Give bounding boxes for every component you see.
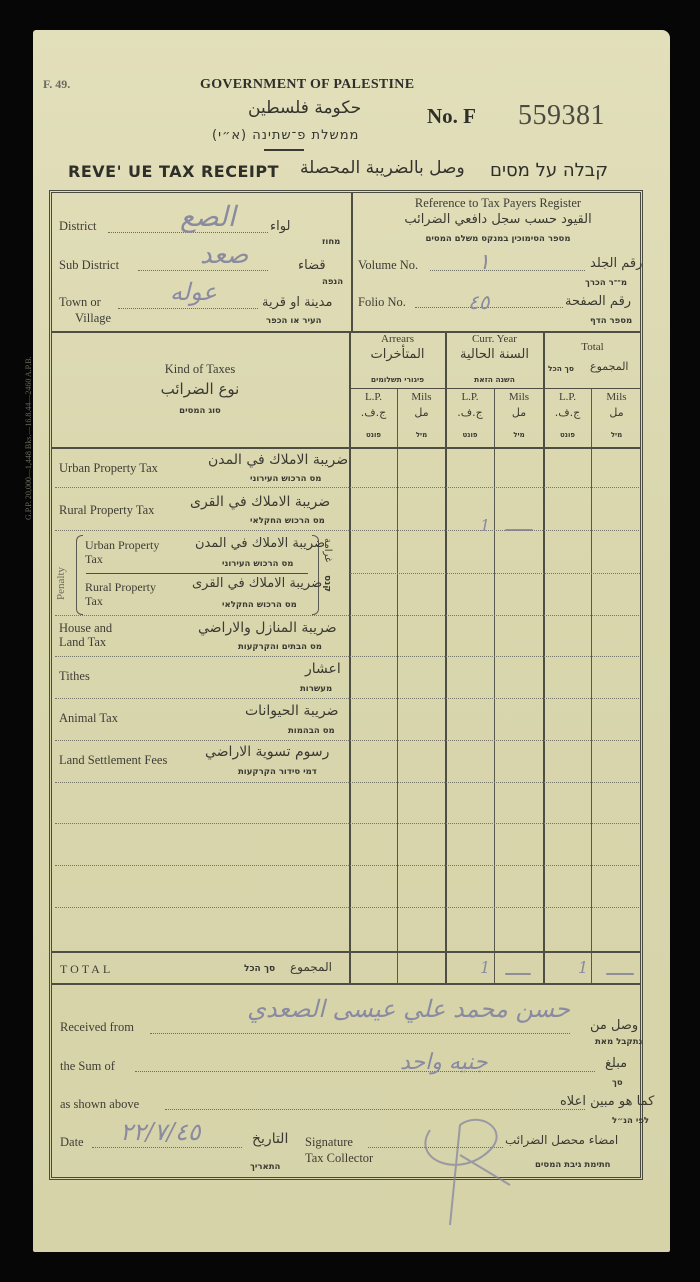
town-value[interactable]: عوله: [170, 278, 217, 306]
form-number: F. 49.: [43, 77, 70, 92]
receipt-number-label: No. F: [427, 104, 476, 129]
divider: [350, 388, 641, 389]
penalty-urban-label: Urban Property Tax: [85, 538, 175, 566]
sum-of-dotline: [135, 1071, 595, 1072]
government-title-en: GOVERNMENT OF PALESTINE: [200, 77, 414, 93]
underline: [264, 149, 304, 151]
government-title-ar: حكومة فلسطين: [248, 98, 361, 118]
total-header-ar: المجموع: [590, 360, 628, 373]
as-shown-above-label-ar: كما هو مبين اعلاه: [560, 1094, 654, 1109]
animal-tax-label-he: מס הבהמות: [288, 726, 335, 736]
curr-year-header-ar: السنة الحالية: [446, 347, 543, 362]
house-land-tax-label-ar: ضريبة المنازل والاراضي: [198, 620, 337, 636]
kind-of-taxes-header: Kind of Taxes: [51, 362, 349, 377]
as-shown-above-label-he: לפי הנ״ל: [612, 1116, 649, 1126]
sum-of-label: the Sum of: [60, 1059, 115, 1074]
curr-mils-header-ar: مل: [495, 406, 543, 419]
register-title-he: מספר הסימוכין במנקס משלם המסים: [353, 234, 643, 244]
rural-property-tax-label-he: מס הרכוש החקלאי: [250, 516, 325, 526]
total-header: Total: [544, 341, 641, 353]
volume-label-he: מ־־ר הכרך: [585, 278, 627, 288]
received-from-label-he: נתקבל מאת: [595, 1037, 642, 1047]
curr-lp-header-ar: ج.ف.: [446, 406, 494, 419]
divider: [51, 447, 641, 449]
curr-year-header-he: השנה הזאת: [446, 375, 543, 384]
total-mils-header-he: מיל: [592, 431, 641, 439]
row-separator: [55, 698, 639, 699]
as-shown-above-label: as shown above: [60, 1097, 139, 1112]
date-dotline: [92, 1147, 242, 1148]
district-label: District: [59, 219, 97, 234]
sub-district-label-ar: قضاء: [298, 258, 326, 273]
rural-curr-mils-value[interactable]: [505, 529, 533, 531]
row-separator: [55, 865, 639, 866]
rural-property-tax-label-ar: ضريبة الاملاك في القرى: [190, 494, 330, 510]
volume-dotline: [430, 270, 585, 271]
date-label-he: התאריך: [250, 1162, 280, 1172]
total-total-lp-value[interactable]: 1: [578, 958, 588, 977]
column-divider: [349, 331, 351, 983]
arrears-lp-header-ar: ج.ف.: [350, 406, 397, 419]
penalty-rural-label-he: מס הרכוש החקלאי: [222, 600, 297, 610]
tithes-label-ar: اعشار: [305, 661, 341, 677]
sum-of-label-he: סך: [612, 1078, 623, 1088]
volume-label-ar: رقم الجلد: [590, 256, 642, 271]
row-separator: [55, 740, 639, 741]
receipt-title-he: קבלה על מסים: [490, 160, 608, 181]
row-separator: [55, 530, 639, 531]
town-label: Town or: [59, 295, 101, 310]
date-value[interactable]: ٢٢/٧/٤٥: [120, 1118, 201, 1146]
total-divider: [51, 951, 641, 953]
curr-mils-header-he: מיל: [495, 431, 543, 439]
total-label: TOTAL: [60, 962, 113, 977]
kind-of-taxes-header-ar: نوع الضرائب: [51, 380, 349, 398]
rural-curr-lp-value[interactable]: 1: [480, 516, 490, 535]
column-divider: [543, 331, 545, 983]
penalty-urban-label-ar: ضريبة الاملاك في المدن: [195, 536, 325, 551]
urban-property-tax-label: Urban Property Tax: [59, 461, 158, 476]
town-dotline: [118, 308, 258, 309]
penalty-separator: [86, 573, 308, 574]
sub-district-label-he: הנפה: [322, 277, 343, 287]
row-separator: [55, 907, 639, 908]
folio-label-ar: رقم الصفحة: [565, 294, 631, 309]
penalty-bracket-left: [76, 535, 83, 615]
row-separator: [350, 573, 640, 574]
column-divider: [591, 388, 592, 983]
row-separator: [55, 782, 639, 783]
total-mils-header: Mils: [592, 391, 641, 403]
receipt-number: 559381: [518, 100, 605, 132]
total-label-he: סך הכל: [244, 964, 275, 974]
curr-year-header: Curr. Year: [446, 333, 543, 345]
total-lp-header-he: פונט: [544, 431, 591, 439]
signature-scribble: [400, 1100, 530, 1230]
printer-note: G.P.P. 20,000—1,448 Bks.—16.8.44—2460 A.…: [24, 356, 33, 520]
sum-of-value[interactable]: جنيه واحد: [400, 1050, 488, 1075]
total-curr-mils-value[interactable]: [505, 973, 531, 975]
land-settlement-fees-label-ar: رسوم تسوية الاراضي: [205, 744, 329, 760]
total-lp-header-ar: ج.ف.: [544, 406, 591, 419]
tithes-label-he: מעשרות: [300, 684, 332, 694]
district-label-he: מחוז: [322, 237, 340, 247]
sum-of-label-ar: مبلغ: [605, 1056, 627, 1071]
district-label-ar: لواء: [270, 219, 290, 234]
animal-tax-label: Animal Tax: [59, 711, 118, 726]
arrears-mils-header-he: מיל: [398, 431, 445, 439]
arrears-lp-header: L.P.: [350, 391, 397, 403]
column-divider: [397, 388, 398, 983]
town-label-he: העיר או הכפר: [266, 316, 322, 326]
signature-label: Signature: [305, 1135, 353, 1150]
volume-value[interactable]: ١: [478, 250, 490, 275]
village-label: Village: [75, 311, 111, 326]
tithes-label: Tithes: [59, 669, 90, 684]
row-separator: [55, 656, 639, 657]
urban-property-tax-label-ar: ضريبة الاملاك في المدن: [208, 452, 348, 468]
receipt-form-box: [49, 190, 643, 1180]
district-value[interactable]: الصع: [180, 200, 236, 233]
received-from-value[interactable]: حسن محمد علي عيسى الصعدي: [140, 995, 570, 1023]
receipt-title-ar: وصل بالضريبة المحصلة: [300, 158, 465, 178]
total-lp-header: L.P.: [544, 391, 591, 403]
house-land-tax-label: House and Land Tax: [59, 621, 139, 649]
divider: [51, 331, 641, 333]
folio-label-he: מספר הדף: [590, 316, 632, 326]
received-from-dotline: [150, 1033, 570, 1034]
sub-district-dotline: [138, 270, 268, 271]
total-label-ar: المجموع: [290, 960, 332, 974]
town-label-ar: مدينة او قرية: [262, 295, 332, 310]
curr-lp-header-he: פונט: [446, 431, 494, 439]
received-from-label-ar: وصل من: [590, 1018, 638, 1033]
tax-collector-label: Tax Collector: [305, 1151, 373, 1166]
row-separator: [55, 823, 639, 824]
penalty-urban-label-he: מס הרכוש העירוני: [222, 559, 293, 569]
column-divider: [494, 388, 495, 983]
receipt-title-en: REVE' UE TAX RECEIPT: [68, 162, 279, 181]
arrears-mils-header-ar: مل: [398, 406, 445, 419]
column-divider: [445, 331, 447, 983]
urban-property-tax-label-he: מס הרכוש העירוני: [250, 474, 321, 484]
arrears-header-he: פיגורי תשלומים: [350, 375, 445, 384]
sub-district-label: Sub District: [59, 258, 119, 273]
total-divider: [51, 983, 641, 985]
date-label-ar: التاريخ: [252, 1131, 288, 1147]
register-title-ar: القيود حسب سجل دافعي الضرائب: [353, 212, 643, 227]
arrears-lp-header-he: פונט: [350, 431, 397, 439]
volume-label: Volume No.: [358, 258, 418, 273]
received-from-label: Received from: [60, 1020, 134, 1035]
signature-label-he: חתימת גיבת המסים: [535, 1160, 611, 1170]
animal-tax-label-ar: ضريبة الحيوانات: [245, 703, 339, 719]
kind-of-taxes-header-he: סוג המסים: [51, 406, 349, 416]
penalty-label-he: קנס: [322, 575, 332, 592]
row-separator: [55, 487, 639, 488]
sub-district-value[interactable]: صعد: [200, 240, 248, 270]
total-total-mils-value[interactable]: [606, 973, 634, 975]
curr-lp-header: L.P.: [446, 391, 494, 403]
register-title: Reference to Tax Payers Register: [353, 196, 643, 211]
row-separator: [55, 615, 639, 616]
total-curr-lp-value[interactable]: 1: [480, 958, 490, 977]
total-header-he: סך הכל: [548, 364, 574, 373]
penalty-rural-label: Rural Property Tax: [85, 580, 175, 608]
total-mils-header-ar: مل: [592, 406, 641, 419]
land-settlement-fees-label-he: דמי סידור הקרקעות: [238, 767, 317, 777]
land-settlement-fees-label: Land Settlement Fees: [59, 753, 167, 768]
penalty-rural-label-ar: ضريبة الاملاك في القرى: [192, 576, 322, 591]
government-title-he: ממשלת פ־שתינה (א״י): [212, 128, 359, 143]
arrears-header-ar: المتأخرات: [350, 347, 445, 362]
arrears-mils-header: Mils: [398, 391, 445, 403]
arrears-header: Arrears: [350, 333, 445, 345]
penalty-label: Penalty: [55, 567, 67, 600]
curr-mils-header: Mils: [495, 391, 543, 403]
folio-label: Folio No.: [358, 295, 406, 310]
folio-value[interactable]: ٤٥: [468, 290, 489, 314]
date-label: Date: [60, 1135, 84, 1150]
house-land-tax-label-he: מס הבתים והקרקעות: [238, 642, 322, 652]
rural-property-tax-label: Rural Property Tax: [59, 503, 154, 518]
